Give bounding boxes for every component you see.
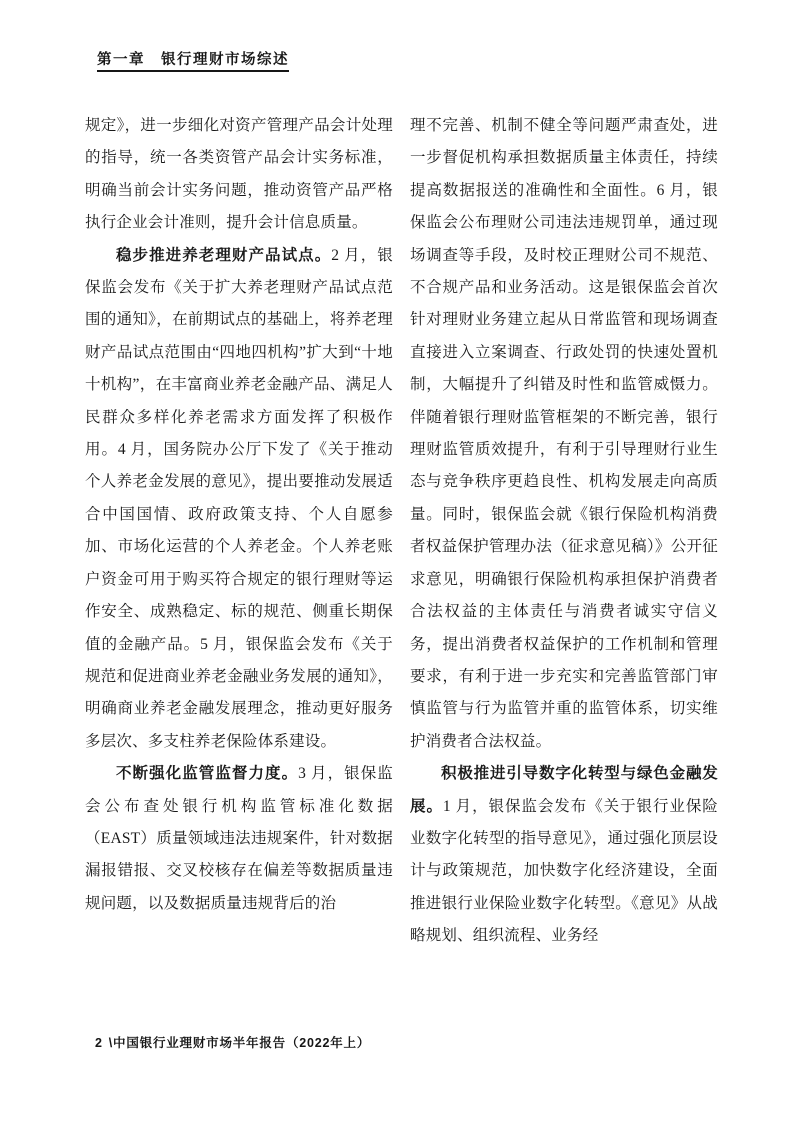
paragraph: 理不完善、机制不健全等问题严肃查处，进一步督促机构承担数据质量主体责任，持续提高… [410,110,718,758]
bold-lead-in-text: 稳步推进养老理财产品试点。 [116,247,331,264]
body-text-run: 规定》，进一步细化对资产管理产品会计处理的指导，统一各类资管产品会计实务标准，明… [85,117,393,231]
document-page: 第一章 银行理财市场综述 规定》，进一步细化对资产管理产品会计处理的指导，统一各… [0,0,793,1122]
footer-report-title: 中国银行业理财市场半年报告（2022年上） [113,1036,370,1050]
bold-lead-in-text: 不断强化监管监督力度。 [116,765,298,782]
body-text-run: 理不完善、机制不健全等问题严肃查处，进一步督促机构承担数据质量主体责任，持续提高… [410,117,718,750]
text-column-left: 规定》，进一步细化对资产管理产品会计处理的指导，统一各类资管产品会计实务标准，明… [85,110,393,986]
page-footer: 2\中国银行业理财市场半年报告（2022年上） [95,1033,370,1051]
text-column-right: 理不完善、机制不健全等问题严肃查处，进一步督促机构承担数据质量主体责任，持续提高… [410,110,718,986]
body-text-run: 3 月，银保监会公布查处银行机构监管标准化数据（EAST）质量领域违法违规案件，… [85,765,393,912]
paragraph: 不断强化监管监督力度。3 月，银保监会公布查处银行机构监管标准化数据（EAST）… [85,758,393,920]
paragraph: 规定》，进一步细化对资产管理产品会计处理的指导，统一各类资管产品会计实务标准，明… [85,110,393,240]
paragraph: 稳步推进养老理财产品试点。2 月，银保监会发布《关于扩大养老理财产品试点范围的通… [85,240,393,759]
page-number: 2 [95,1036,103,1050]
paragraph: 积极推进引导数字化转型与绿色金融发展。1 月，银保监会发布《关于银行业保险业数字… [410,758,718,952]
body-text-run: 1 月，银保监会发布《关于银行业保险业数字化转型的指导意见》，通过强化顶层设计与… [410,798,718,945]
body-text-area: 规定》，进一步细化对资产管理产品会计处理的指导，统一各类资管产品会计实务标准，明… [85,110,718,986]
body-text-run: 2 月，银保监会发布《关于扩大养老理财产品试点范围的通知》，在前期试点的基础上，… [85,247,393,750]
chapter-heading: 第一章 银行理财市场综述 [97,48,289,69]
